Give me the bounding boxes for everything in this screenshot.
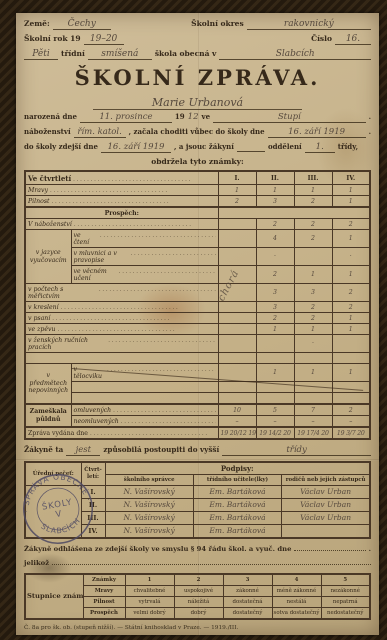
grade-cell: 4	[256, 230, 294, 248]
grade-cell: 1	[294, 266, 332, 284]
withdrawal-line-1: Žákyně odhlášena ze zdejší školy ve smys…	[24, 545, 371, 553]
school-report-document: Země: Čechy Školní okres rakovnický Škol…	[16, 13, 379, 635]
row-label: ve věcném učení	[71, 266, 218, 284]
grade-cell: 2	[332, 284, 370, 302]
empty-cell	[256, 393, 294, 405]
promotion-pre: Žákyně ta	[24, 445, 63, 454]
empty-cell	[25, 353, 218, 364]
col-principal: školního správce	[105, 475, 193, 485]
stamp-text-center2: V	[55, 509, 63, 520]
grade-cell: 2	[332, 404, 370, 416]
teacher-signature: Em. Bartáková	[193, 485, 281, 498]
grade-row: v předmětech nepovinných v tělocviku 111	[25, 364, 370, 382]
grade-cell	[332, 335, 370, 353]
empty-cell	[332, 393, 370, 405]
grade-cell	[294, 248, 332, 266]
document-content: Země: Čechy Školní okres rakovnický Škol…	[24, 19, 371, 631]
religion-value: řím. katol.	[74, 127, 126, 138]
number-value: 16.	[335, 34, 371, 45]
row-label: v počtech s měřictvím	[25, 284, 218, 302]
class-label: třídy,	[338, 142, 358, 151]
grade-cell: 3	[294, 284, 332, 302]
grade-cell: 1	[332, 230, 370, 248]
district-value: rakovnický	[247, 19, 371, 30]
school-kind-value: smíšená	[88, 49, 152, 60]
grade-row: v psaní 221	[25, 313, 370, 324]
student-name: Marie Urbanová	[93, 96, 301, 110]
local-school-label: do školy zdejší dne	[24, 142, 98, 151]
grade-cell: ·	[332, 248, 370, 266]
school-class-value: Pěti	[24, 49, 58, 60]
grade-cell: 1	[332, 313, 370, 324]
grading-scale-table: Stupnice známek. Známky 1 2 3 4 5 Mravy …	[24, 573, 371, 620]
scale-cell: nestálá	[272, 596, 321, 607]
born-place: Stupí	[213, 112, 366, 123]
parent-signature: Václav Urban	[282, 485, 370, 498]
grade-row: Pilnost 2321	[25, 196, 370, 208]
grade-cell: 2	[294, 219, 332, 230]
row-label: ve čtení	[71, 230, 218, 248]
district-label: Školní okres	[191, 19, 244, 28]
student-name-line: Marie Urbanová	[24, 96, 371, 110]
row-label: v psaní	[25, 313, 218, 324]
scale-header-cell: 3	[223, 574, 272, 586]
grade-cell: 3	[256, 284, 294, 302]
group-label-language: v jazyce vyučovacím	[25, 230, 71, 284]
scale-cell: chvalitebné	[125, 585, 174, 596]
scale-row-label: Pilnost	[83, 596, 125, 607]
grade-row: neomluvených ––––	[25, 416, 370, 428]
scale-row-label: Prospěch	[83, 607, 125, 619]
school-year-label: Školní rok 19	[24, 34, 81, 43]
header-row-1: Země: Čechy Školní okres rakovnický	[24, 19, 371, 30]
grade-cell	[218, 248, 256, 266]
header-row-2: Školní rok 19 19–20 Číslo 16.	[24, 34, 371, 45]
withdrawal-line-2: jelikož	[24, 559, 371, 567]
grade-row: v jazyce vyučovacím ve čtení 421	[25, 230, 370, 248]
row-label: Mravy	[25, 185, 218, 196]
grade-cell: 2	[294, 313, 332, 324]
grade-cell: 1	[218, 185, 256, 196]
row-label: v kreslení	[25, 302, 218, 313]
grade-row: v mluvnici a v pravopise ··	[25, 248, 370, 266]
grade-row: ve zpěvu 111	[25, 324, 370, 335]
grade-cell: 5	[256, 404, 294, 416]
quarter-col: II.	[256, 171, 294, 185]
grade-cell: 2	[256, 219, 294, 230]
row-label: omluvených	[71, 404, 218, 416]
quarter-col: I.	[218, 171, 256, 185]
born-date: 11. prosince	[80, 112, 172, 123]
grade-row: v počtech s měřictvím 332	[25, 284, 370, 302]
grade-cell: ·	[294, 335, 332, 353]
row-label: Zpráva vydána dne	[25, 427, 218, 439]
grade-cell: 10	[218, 404, 256, 416]
col-parents: rodičů neb jejich zástupců	[282, 475, 370, 485]
blank-row	[25, 353, 370, 364]
local-school-line: do školy zdejší dne 16. září 1919 , a js…	[24, 142, 371, 153]
signatures-header: Podpisy:	[105, 462, 370, 475]
grade-row: v kreslení 322	[25, 302, 370, 313]
row-label: Pilnost	[25, 196, 218, 208]
scale-cell: sotva dostatečný	[272, 607, 321, 619]
pupil-label: , a jsouc žákyní	[174, 142, 234, 151]
scale-cell: nezákonné	[321, 585, 370, 596]
header-row-3: Pěti třídní smíšená škola obecná v Slabc…	[24, 49, 371, 60]
empty-cell	[256, 353, 294, 364]
school-start-date: 16. září 1919	[268, 127, 366, 138]
grade-cell: 1	[294, 185, 332, 196]
grade-cell: 1	[332, 324, 370, 335]
grade-cell: 3	[256, 302, 294, 313]
empty-cell	[71, 382, 218, 393]
row-label: v mluvnici a v pravopise	[71, 248, 218, 266]
promotion-hw-jest: jest	[66, 445, 100, 456]
grades-table: Ve čtvrtletí I. II. III. IV. Mravy 1111 …	[24, 170, 371, 440]
grade-cell: 1	[332, 266, 370, 284]
grade-cell: 2	[294, 196, 332, 208]
prospech-header: Prospěch:	[25, 207, 218, 219]
parent-signature: Václav Urban	[282, 511, 370, 524]
grade-cell	[256, 335, 294, 353]
grade-cell: –	[256, 416, 294, 428]
blank-row	[25, 393, 370, 405]
principal-signature: N. Vašírovský	[105, 524, 193, 538]
school-place-value: Slabcích	[219, 49, 371, 60]
school-class-label: třídní	[61, 49, 85, 58]
scale-header-cell: Známky	[83, 574, 125, 586]
school-label: škola obecná v	[155, 49, 217, 58]
empty-cell	[218, 393, 256, 405]
grade-cell	[218, 335, 256, 353]
promotion-line: Žákyně ta jest způsobilá postoupiti do v…	[24, 445, 371, 456]
grade-cell	[218, 230, 256, 248]
scale-cell: dostatečná	[223, 596, 272, 607]
grade-cell: 1	[332, 364, 370, 382]
school-start-label: , začala choditi vůbec do školy dne	[129, 127, 265, 136]
grade-cell: 1	[256, 185, 294, 196]
school-stamp: · SPRÁVA OBECNÉ · ŠKOLY V SLABCÍCH	[14, 465, 102, 553]
punct: .	[369, 127, 371, 136]
grade-cell: 1	[332, 185, 370, 196]
number-label: Číslo	[311, 34, 332, 43]
grade-row: V náboženství 222	[25, 219, 370, 230]
empty-cell	[218, 353, 256, 364]
country-value: Čechy	[53, 19, 111, 30]
section-row: Prospěch:	[25, 207, 370, 219]
grade-row: Mravy 1111	[25, 185, 370, 196]
teacher-signature: Em. Bartáková	[193, 511, 281, 524]
dept-label: oddělení	[268, 142, 302, 151]
grade-cell: 2	[332, 302, 370, 313]
scale-cell: dostatečný	[223, 607, 272, 619]
scale-cell: méně zákonné	[272, 585, 321, 596]
empty-cell	[218, 382, 256, 393]
empty-cell	[71, 393, 218, 405]
scale-header-row: Stupnice známek. Známky 1 2 3 4 5	[25, 574, 370, 586]
marks-intro: obdržela tyto známky:	[24, 157, 371, 166]
grade-cell: ·	[256, 248, 294, 266]
principal-signature: N. Vašírovský	[105, 485, 193, 498]
issue-date: 19 14/2 20	[256, 427, 294, 439]
empty-cell	[294, 353, 332, 364]
grade-row: ve věcném učení 211	[25, 266, 370, 284]
scale-cell: nedostatečný	[321, 607, 370, 619]
row-label: V náboženství	[25, 219, 218, 230]
empty-cell	[218, 207, 370, 219]
grade-cell: 3	[256, 196, 294, 208]
born-year-printed: 19	[175, 112, 185, 121]
grade-row: Zameškala půldnů omluvených 10572	[25, 404, 370, 416]
scale-label: Stupnice známek.	[25, 574, 83, 619]
issue-date: 19 20/12 19	[218, 427, 256, 439]
group-label-optional-subjects: v předmětech nepovinných	[25, 364, 71, 405]
scale-cell: velmi dobrý	[125, 607, 174, 619]
grade-cell: 2	[218, 196, 256, 208]
issued-row: Zpráva vydána dne 19 20/12 1919 14/2 201…	[25, 427, 370, 439]
scale-row-label: Mravy	[83, 585, 125, 596]
footer-imprint: Č. 8a pro šk. ob. (stupeň nižší). — Stát…	[24, 625, 371, 631]
class-value: 1.	[305, 142, 335, 153]
born-line: narozená dne 11. prosince 1912 ve Stupí …	[24, 112, 371, 123]
grade-cell: 1	[332, 196, 370, 208]
empty-cell	[294, 393, 332, 405]
issue-date: 19 17/4 20	[294, 427, 332, 439]
grade-cell: 7	[294, 404, 332, 416]
grade-row: v ženských ručních pracích ·	[25, 335, 370, 353]
grades-table-wrap: Ve čtvrtletí I. II. III. IV. Mravy 1111 …	[24, 170, 371, 440]
grade-cell: 1	[294, 364, 332, 382]
promotion-hw-tridy: třídy	[222, 445, 371, 456]
grade-cell: 1	[256, 364, 294, 382]
row-label: ve zpěvu	[25, 324, 218, 335]
scale-header-cell: 5	[321, 574, 370, 586]
quarter-col: IV.	[332, 171, 370, 185]
school-year-value: 19–20	[84, 34, 124, 45]
born-year-handwritten: 12	[188, 112, 199, 122]
photo-background: Země: Čechy Školní okres rakovnický Škol…	[0, 0, 387, 640]
grade-cell: 2	[294, 230, 332, 248]
teacher-signature: Em. Bartáková	[193, 524, 281, 538]
scale-cell: zákonné	[223, 585, 272, 596]
grades-header-row: Ve čtvrtletí I. II. III. IV.	[25, 171, 370, 185]
col-class-teacher: třídního učitele(lky)	[193, 475, 281, 485]
group-label-missed-halfdays: Zameškala půldnů	[25, 404, 71, 427]
scale-cell: dobrý	[174, 607, 223, 619]
empty-cell	[332, 353, 370, 364]
row-label: v ženských ručních pracích	[25, 335, 218, 353]
grade-cell	[218, 313, 256, 324]
parent-signature	[282, 524, 370, 538]
grade-cell	[218, 219, 256, 230]
scale-cell: uspokojivé	[174, 585, 223, 596]
religion-line: náboženství řím. katol. , začala choditi…	[24, 127, 371, 138]
row-label: neomluvených	[71, 416, 218, 428]
promotion-mid: způsobilá postoupiti do vyšší	[103, 445, 219, 454]
scale-header-cell: 4	[272, 574, 321, 586]
punct: .	[369, 112, 371, 121]
principal-signature: N. Vašírovský	[105, 511, 193, 524]
issue-date: 19 3/7 20	[332, 427, 370, 439]
scale-cell: vytrvalá	[125, 596, 174, 607]
born-in-label: ve	[202, 112, 211, 121]
parent-signature: Václav Urban	[282, 498, 370, 511]
signatures-wrap: Úřední pečeť: Čtvrt­letí: Podpisy: školn…	[24, 461, 371, 539]
grade-cell: 2	[256, 313, 294, 324]
page-title: ŠKOLNÍ ZPRÁVA.	[24, 65, 371, 90]
grade-cell	[218, 302, 256, 313]
teacher-signature: Em. Bartáková	[193, 498, 281, 511]
quarter-header-label: Ve čtvrtletí	[25, 171, 218, 185]
quarter-col: III.	[294, 171, 332, 185]
scale-header-cell: 1	[125, 574, 174, 586]
grade-cell	[218, 324, 256, 335]
born-label: narozená dne	[24, 112, 77, 121]
grade-cell: 1	[256, 324, 294, 335]
principal-signature: N. Vašírovský	[105, 498, 193, 511]
grade-cell: 2	[294, 302, 332, 313]
local-school-date: 16. září 1919	[101, 142, 171, 153]
grade-cell: –	[294, 416, 332, 428]
grade-cell: –	[332, 416, 370, 428]
country-label: Země:	[24, 19, 50, 28]
grade-cell: 1	[294, 324, 332, 335]
scale-cell: nepatrná	[321, 596, 370, 607]
grade-cell: –	[218, 416, 256, 428]
scale-header-cell: 2	[174, 574, 223, 586]
scale-cell: náležitá	[174, 596, 223, 607]
religion-label: náboženství	[24, 127, 71, 136]
grade-cell: 2	[256, 266, 294, 284]
grade-cell: 2	[332, 219, 370, 230]
